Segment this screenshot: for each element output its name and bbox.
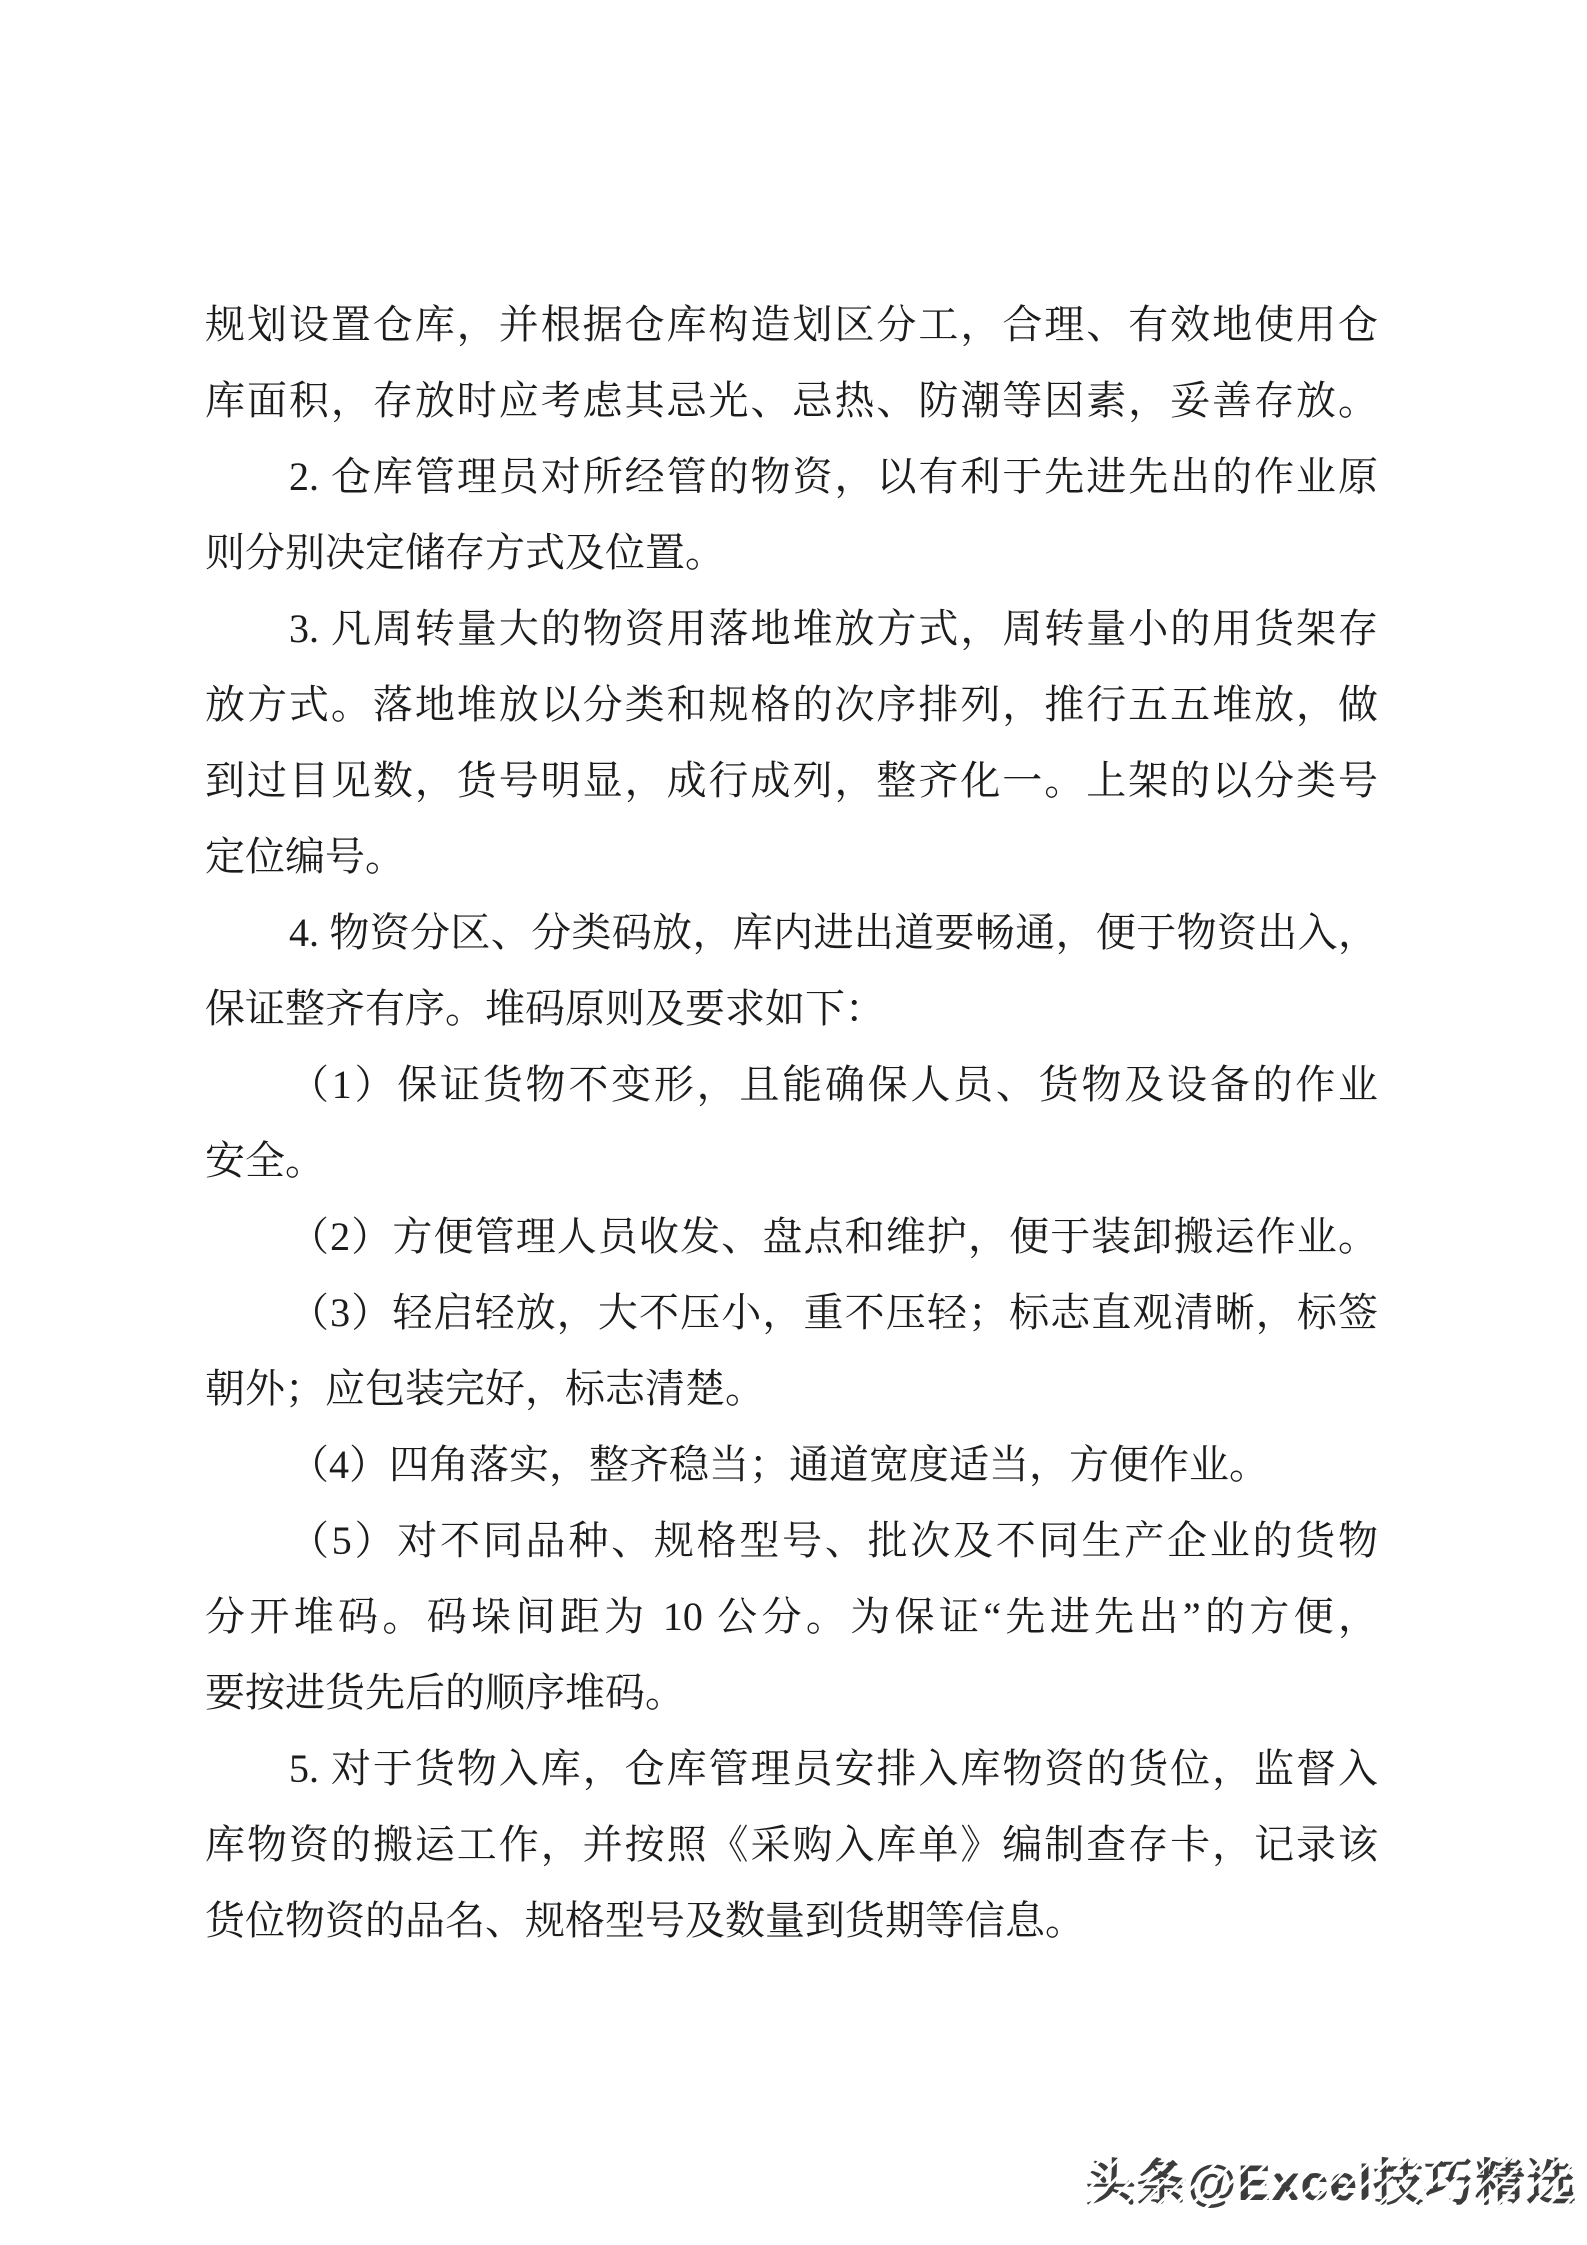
text-line: 库面积，存放时应考虑其忌光、忌热、防潮等因素，妥善存放。 <box>205 363 1378 439</box>
text-line: （1）保证货物不变形，且能确保人员、货物及设备的作业 <box>205 1047 1378 1123</box>
watermark: 头条@Excel技巧精选 <box>1086 2143 1577 2215</box>
text-line: （4）四角落实，整齐稳当；通道宽度适当，方便作业。 <box>205 1427 1378 1503</box>
text-line: 规划设置仓库，并根据仓库构造划区分工，合理、有效地使用仓 <box>205 287 1378 363</box>
text-line: 则分别决定储存方式及位置。 <box>205 515 1378 591</box>
document-page: 规划设置仓库，并根据仓库构造划区分工，合理、有效地使用仓库面积，存放时应考虑其忌… <box>0 0 1587 2245</box>
text-line: 分开堆码。码垛间距为 10 公分。为保证“先进先出”的方便， <box>205 1579 1378 1655</box>
text-line: 要按进货先后的顺序堆码。 <box>205 1655 1378 1731</box>
text-line: 5. 对于货物入库，仓库管理员安排入库物资的货位，监督入 <box>205 1731 1378 1807</box>
text-line: （5）对不同品种、规格型号、批次及不同生产企业的货物 <box>205 1503 1378 1579</box>
text-line: （3）轻启轻放，大不压小，重不压轻；标志直观清晰，标签 <box>205 1275 1378 1351</box>
text-line: 到过目见数，货号明显，成行成列，整齐化一。上架的以分类号 <box>205 743 1378 819</box>
text-line: 定位编号。 <box>205 819 1378 895</box>
text-line: （2）方便管理人员收发、盘点和维护，便于装卸搬运作业。 <box>205 1199 1378 1275</box>
text-line: 2. 仓库管理员对所经管的物资，以有利于先进先出的作业原 <box>205 439 1378 515</box>
text-line: 库物资的搬运工作，并按照《采购入库单》编制查存卡，记录该 <box>205 1807 1378 1883</box>
text-line: 朝外；应包装完好，标志清楚。 <box>205 1351 1378 1427</box>
text-line: 安全。 <box>205 1123 1378 1199</box>
text-line: 货位物资的品名、规格型号及数量到货期等信息。 <box>205 1883 1378 1959</box>
text-line: 3. 凡周转量大的物资用落地堆放方式，周转量小的用货架存 <box>205 591 1378 667</box>
document-body: 规划设置仓库，并根据仓库构造划区分工，合理、有效地使用仓库面积，存放时应考虑其忌… <box>205 287 1378 1959</box>
text-line: 保证整齐有序。堆码原则及要求如下： <box>205 971 1378 1047</box>
text-line: 4. 物资分区、分类码放，库内进出道要畅通，便于物资出入， <box>205 895 1378 971</box>
text-line: 放方式。落地堆放以分类和规格的次序排列，推行五五堆放，做 <box>205 667 1378 743</box>
